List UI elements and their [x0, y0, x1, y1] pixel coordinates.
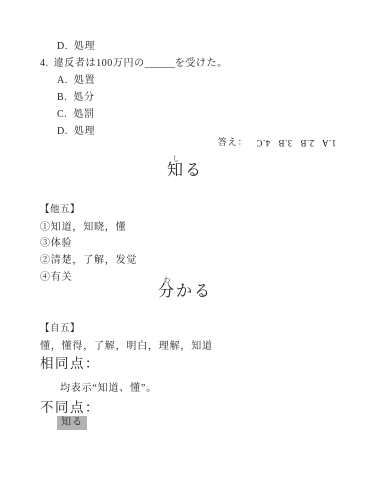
quiz-option-prev-d: D.処理 — [57, 37, 95, 52]
headword-shiru: 知しる — [0, 155, 370, 180]
question-text-after: を受けた。 — [175, 58, 228, 69]
sense-line: ②清楚，了解，发觉 — [40, 251, 137, 266]
headword-wakaru: 分わかる — [0, 276, 370, 301]
quiz-option-b: B.処分 — [57, 88, 95, 103]
headword-okurigana: かる — [176, 283, 212, 300]
option-text: 処置 — [74, 75, 95, 86]
option-letter: C. — [57, 109, 67, 120]
furigana: わ — [158, 276, 176, 284]
sense-line: ③体验 — [40, 234, 72, 249]
option-text: 処罰 — [73, 109, 94, 120]
gloss-line: 懂，懂得，了解，明白，理解，知道 — [40, 337, 213, 352]
option-text: 処分 — [73, 92, 94, 103]
question-number: 4. — [40, 58, 49, 69]
diff-term-container: 知る — [57, 412, 87, 430]
option-letter: B. — [57, 92, 67, 103]
option-letter: A. — [57, 75, 68, 86]
headword-kanji-ruby: 知し — [167, 162, 185, 179]
pos-label-shiru: 【他五】 — [40, 201, 80, 215]
pos-label-wakaru: 【自五】 — [40, 320, 80, 334]
quiz-option-c: C.処罰 — [57, 105, 95, 120]
highlighted-term-shiru: 知る — [57, 416, 87, 430]
question-blank: ______ — [145, 58, 175, 69]
headword-kanji-ruby: 分わ — [158, 283, 176, 300]
same-points-text: 均表示“知道、懂”。 — [60, 379, 157, 394]
answer-label: 答え： — [218, 137, 248, 147]
headword-kanji: 知 — [167, 162, 185, 179]
question-text-before: 違反者は100万円の — [54, 58, 145, 69]
same-points-heading: 相同点： — [40, 352, 100, 372]
furigana: し — [167, 155, 185, 163]
sense-line: ①知道，知晓，懂 — [40, 218, 126, 233]
quiz-question-4: 4.違反者は100万円の______を受けた。 — [40, 54, 228, 69]
answer-key-line: 答え：1.A 2.B 3.B 4.C — [0, 135, 336, 148]
headword-kanji: 分 — [158, 283, 176, 300]
option-text: 処理 — [74, 41, 95, 52]
quiz-option-a: A.処置 — [57, 71, 95, 86]
headword-okurigana: る — [185, 162, 203, 179]
answer-values-upside-down: 1.A 2.B 3.B 4.C — [256, 138, 336, 148]
option-letter: D. — [57, 41, 68, 52]
document-page: D.処理 4.違反者は100万円の______を受けた。 A.処置 B.処分 C… — [0, 0, 370, 480]
